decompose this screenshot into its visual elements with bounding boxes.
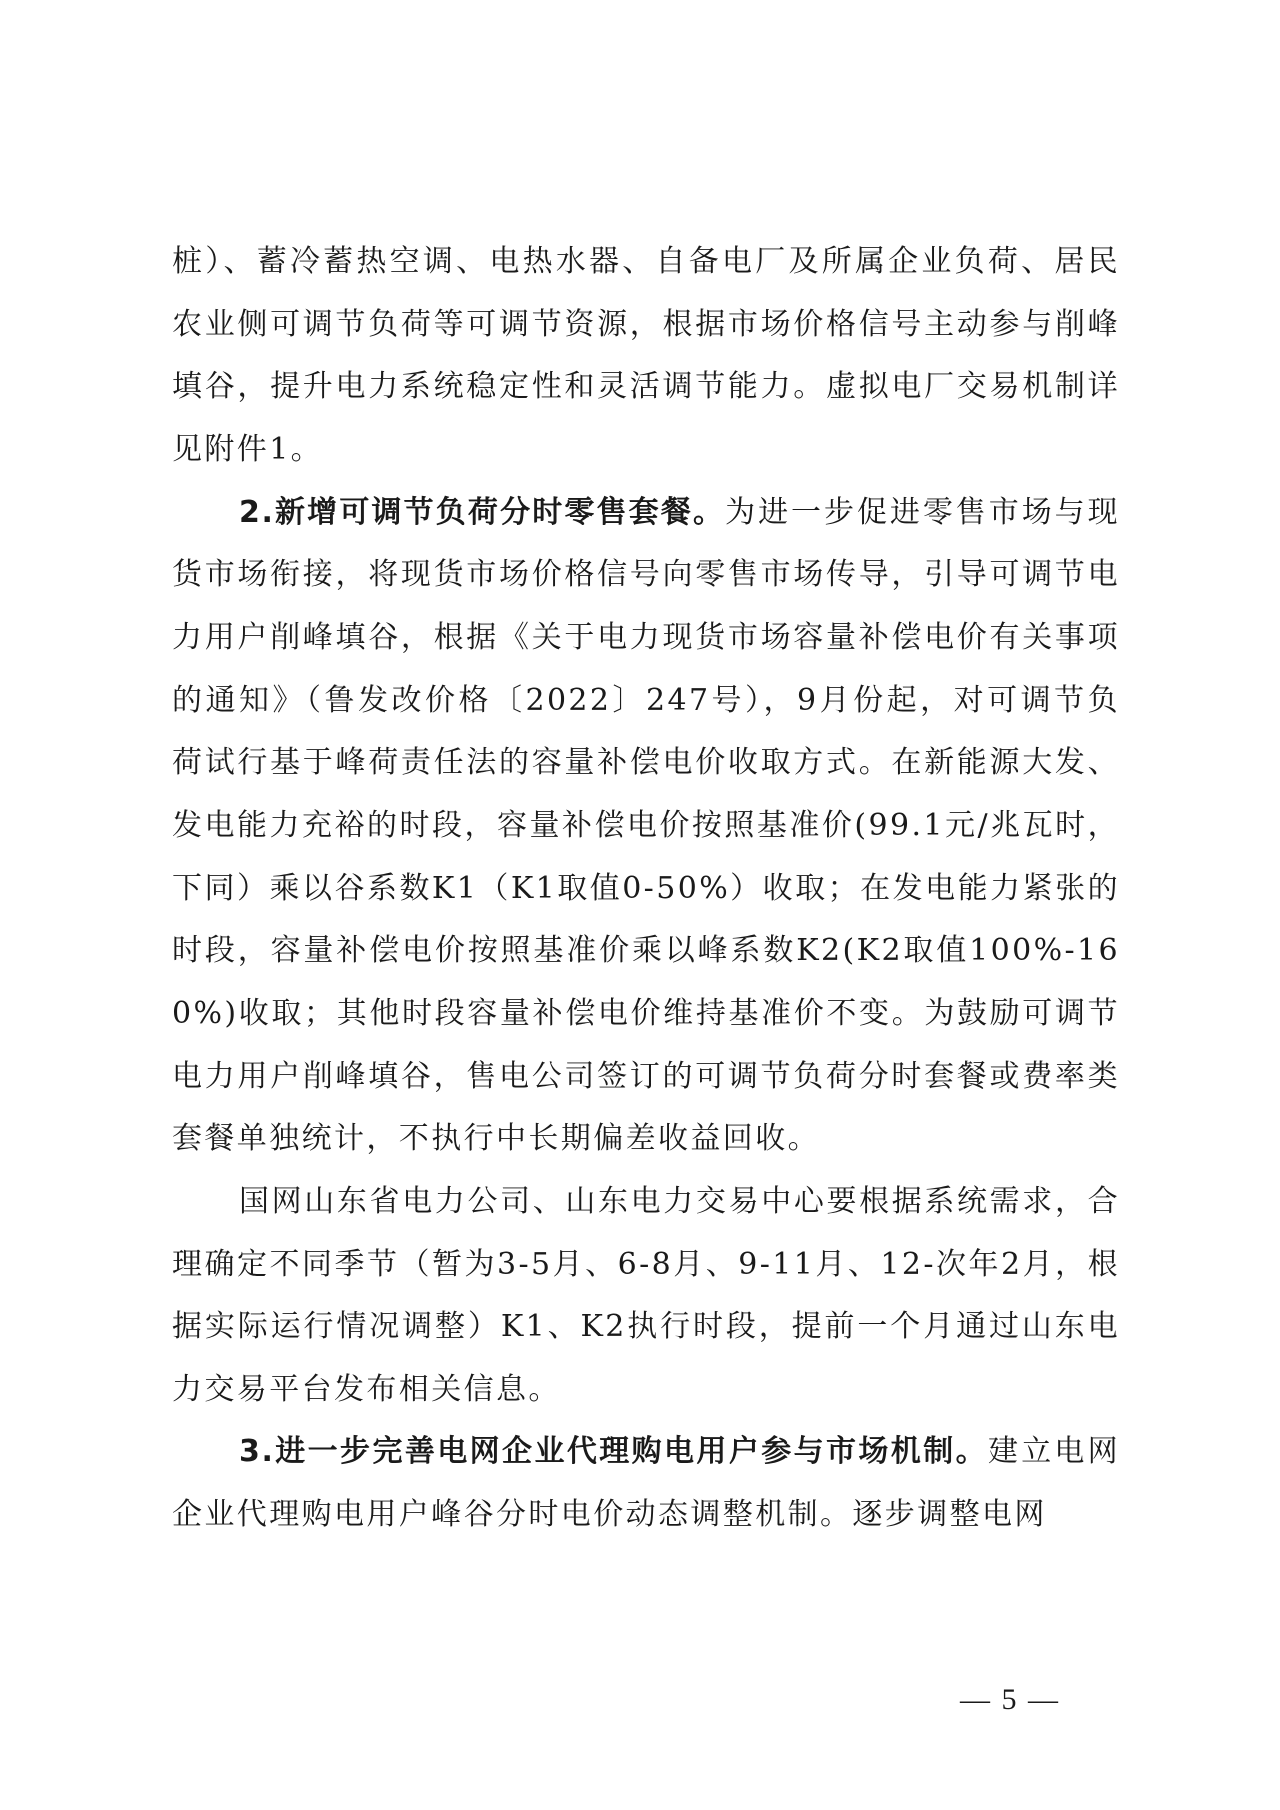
paragraph-2: 2.新增可调节负荷分时零售套餐。为进一步促进零售市场与现货市场衔接，将现货市场价… <box>172 482 1120 1171</box>
paragraph-3: 国网山东省电力公司、山东电力交易中心要根据系统需求，合理确定不同季节（暂为3-5… <box>172 1171 1120 1422</box>
paragraph-4-heading: 3.进一步完善电网企业代理购电用户参与市场机制。 <box>239 1434 988 1469</box>
paragraph-1: 桩）、蓄冷蓄热空调、电热水器、自备电厂及所属企业负荷、居民农业侧可调节负荷等可调… <box>172 231 1120 482</box>
document-page: 桩）、蓄冷蓄热空调、电热水器、自备电厂及所属企业负荷、居民农业侧可调节负荷等可调… <box>172 231 1120 1547</box>
paragraph-1-body: 桩）、蓄冷蓄热空调、电热水器、自备电厂及所属企业负荷、居民农业侧可调节负荷等可调… <box>172 244 1120 467</box>
paragraph-3-body: 国网山东省电力公司、山东电力交易中心要根据系统需求，合理确定不同季节（暂为3-5… <box>172 1184 1120 1407</box>
paragraph-2-body: 为进一步促进零售市场与现货市场衔接，将现货市场价格信号向零售市场传导，引导可调节… <box>172 495 1120 1157</box>
page-number: — 5 — <box>960 1683 1060 1717</box>
paragraph-2-heading: 2.新增可调节负荷分时零售套餐。 <box>239 495 725 530</box>
paragraph-4: 3.进一步完善电网企业代理购电用户参与市场机制。建立电网企业代理购电用户峰谷分时… <box>172 1421 1120 1546</box>
